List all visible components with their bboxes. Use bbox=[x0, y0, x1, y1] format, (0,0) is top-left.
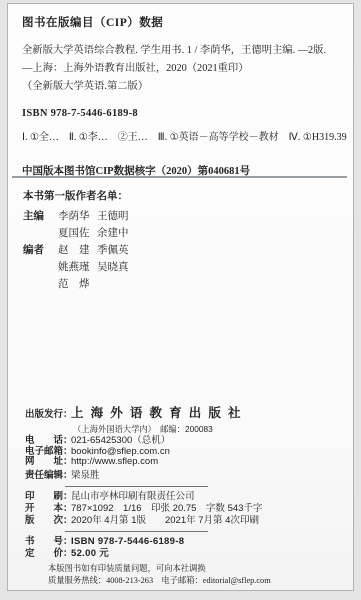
author-name: 王德明 bbox=[97, 208, 129, 225]
cip-isbn: ISBN 978-7-5446-6189-8 bbox=[22, 105, 345, 123]
author-name: 姚燕瑾 bbox=[58, 259, 97, 276]
cip-classification: Ⅰ. ①全… Ⅱ. ①李… ②王… Ⅲ. ①英语－高等学校－教材 Ⅳ. ①H31… bbox=[22, 129, 345, 147]
author-name: 范 烨 bbox=[58, 276, 97, 293]
quality-note: 本版图书如有印装质量问题，可向本社调换 bbox=[25, 563, 345, 576]
colophon-divider bbox=[65, 486, 208, 487]
publisher-label: 出版发行： bbox=[25, 408, 71, 423]
website-label: 网 址： bbox=[25, 457, 71, 468]
cip-series-line: （全新版大学英语.第二版） bbox=[22, 78, 345, 96]
publisher-address-row: （上海外国语大学内） 邮编：200083 bbox=[25, 424, 345, 435]
cip-data-block: 图书在版编目（CIP）数据 全新版大学英语综合教程. 学生用书. 1 / 李荫华… bbox=[22, 14, 345, 181]
author-name: 吴晓真 bbox=[97, 259, 129, 276]
author-role-label: 编者 bbox=[23, 242, 58, 259]
responsible-editor-row: 责任编辑：梁泉胜 bbox=[25, 470, 345, 482]
author-name: 赵 建 bbox=[58, 242, 97, 259]
author-name: 夏国佐 bbox=[58, 225, 97, 242]
printer-row: 印 刷：昆山市亭林印刷有限责任公司 bbox=[25, 491, 345, 503]
colophon-divider bbox=[65, 531, 208, 532]
cip-record-number: 中国版本图书馆CIP数据核字（2020）第040681号 bbox=[22, 163, 345, 181]
phone-label: 电 话： bbox=[25, 436, 71, 447]
responsible-editor-label: 责任编辑： bbox=[25, 470, 71, 482]
author-row: 夏国佐余建中 bbox=[23, 225, 343, 242]
author-list-heading: 本书第一版作者名单： bbox=[23, 188, 343, 203]
website-url: http://www.sflep.com bbox=[71, 456, 158, 467]
publisher-address: （上海外国语大学内） 邮编：200083 bbox=[73, 424, 213, 434]
edition-value: 2020年 4月第 1版 2021年 7月第 4次印刷 bbox=[71, 515, 259, 526]
format-row: 开 本：787×1092 1/16 印张 20.75 字数 543千字 bbox=[25, 503, 345, 515]
section-divider bbox=[12, 176, 347, 178]
author-name: 季佩英 bbox=[97, 242, 129, 259]
book-page: 图书在版编目（CIP）数据 全新版大学英语综合教程. 学生用书. 1 / 李荫华… bbox=[7, 3, 354, 591]
book-copyright-page-photo: { "cip": { "header": "图书在版编目（CIP）数据", "l… bbox=[0, 0, 361, 600]
book-number-value: ISBN 978-7-5446-6189-8 bbox=[71, 536, 184, 547]
printer-name: 昆山市亭林印刷有限责任公司 bbox=[71, 491, 195, 502]
author-row: 范 烨 bbox=[23, 276, 343, 293]
email-address: bookinfo@sflep.com.cn bbox=[71, 446, 170, 457]
author-name: 余建中 bbox=[97, 225, 129, 242]
format-value: 787×1092 1/16 印张 20.75 字数 543千字 bbox=[71, 503, 262, 514]
service-hotline-note: 质量服务热线：4008-213-263 电子邮箱：editorial@sflep… bbox=[25, 575, 345, 588]
printer-label: 印 刷： bbox=[25, 491, 71, 503]
author-row: 主编李荫华王德明 bbox=[23, 208, 343, 225]
price-label: 定 价： bbox=[25, 548, 71, 560]
edition-row: 版 次：2020年 4月第 1版 2021年 7月第 4次印刷 bbox=[25, 515, 345, 527]
cip-header: 图书在版编目（CIP）数据 bbox=[22, 14, 345, 30]
edition-label: 版 次： bbox=[25, 515, 71, 527]
author-row: 姚燕瑾吴晓真 bbox=[23, 259, 343, 276]
publisher-row: 出版发行：上 海 外 语 教 育 出 版 社 bbox=[25, 406, 345, 423]
price-value: 52.00 元 bbox=[71, 548, 109, 559]
author-name: 李荫华 bbox=[58, 208, 97, 225]
responsible-editor-name: 梁泉胜 bbox=[71, 470, 100, 481]
format-label: 开 本： bbox=[25, 503, 71, 515]
publisher-name: 上 海 外 语 教 育 出 版 社 bbox=[71, 406, 243, 420]
cip-title-line: 全新版大学英语综合教程. 学生用书. 1 / 李荫华，王德明主编. —2版. bbox=[22, 42, 345, 60]
book-number-row: 书 号：ISBN 978-7-5446-6189-8 bbox=[25, 536, 345, 548]
author-role-label: 主编 bbox=[23, 208, 58, 225]
book-number-label: 书 号： bbox=[25, 536, 71, 548]
phone-number: 021-65425300（总机） bbox=[71, 435, 170, 446]
email-label: 电子邮箱： bbox=[25, 447, 71, 458]
colophon-block: 出版发行：上 海 外 语 教 育 出 版 社 （上海外国语大学内） 邮编：200… bbox=[25, 406, 345, 588]
price-row: 定 价：52.00 元 bbox=[25, 548, 345, 560]
cip-publisher-line: —上海：上海外语教育出版社，2020（2021重印） bbox=[22, 60, 345, 78]
author-row: 编者赵 建季佩英 bbox=[23, 242, 343, 259]
website-row: 网 址：http://www.sflep.com bbox=[25, 457, 345, 468]
author-list-block: 本书第一版作者名单： 主编李荫华王德明 夏国佐余建中 编者赵 建季佩英 姚燕瑾吴… bbox=[23, 188, 343, 293]
